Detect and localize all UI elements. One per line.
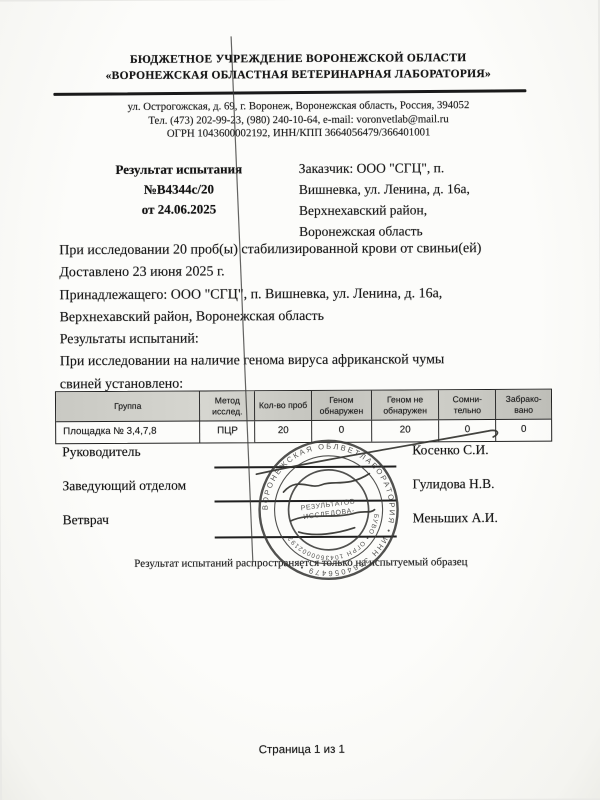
results-table-header-row: Группа Методисслед. Кол-во проб Геномобн… — [56, 390, 551, 423]
cell-method: ПЦР — [201, 421, 256, 442]
col-header-doubtful: Сомни-тельно — [439, 390, 496, 419]
result-number-block: Результат испытания №В4344с/20 от 24.06.… — [69, 159, 289, 220]
col-header-group: Группа — [56, 392, 201, 422]
paragraph-owner-line2: Верхнехавский район, Воронежская область — [60, 304, 570, 329]
result-title: Результат испытания — [69, 159, 289, 180]
col-header-rejected: Забрако-вано — [496, 390, 551, 419]
paragraph-owner-line1: Принадлежащего: ООО "СГЦ", п. Вишневка, … — [59, 282, 569, 307]
customer-block: Заказчик: ООО "СГЦ", п. Вишневка, ул. Ле… — [299, 157, 539, 242]
org-name-header: БЮДЖЕТНОЕ УЧРЕЖДЕНИЕ ВОРОНЕЖСКОЙ ОБЛАСТИ… — [38, 51, 558, 85]
result-date: от 24.06.2025 — [69, 199, 289, 220]
cell-rejected: 0 — [496, 420, 551, 441]
org-address-block: ул. Острогожская, д. 69, г. Воронеж, Вор… — [38, 99, 558, 142]
signature-line-veterinarian — [215, 535, 397, 538]
col-header-genome-not-detected: Геном необнаружен — [372, 390, 440, 419]
col-header-sample-count: Кол-во проб — [255, 391, 312, 420]
signature-line-director — [214, 465, 396, 468]
org-name-line2: «ВОРОНЕЖСКАЯ ОБЛАСТНАЯ ВЕТЕРИНАРНАЯ ЛАБО… — [38, 66, 558, 84]
page-number: Страница 1 из 1 — [152, 743, 452, 757]
paragraph-results-label: Результаты испытаний: — [60, 327, 570, 352]
header-divider-rule — [53, 89, 526, 96]
customer-line3: Верхнехавский район, — [299, 199, 539, 221]
paragraph-samples: При исследовании 20 проб(ы) стабилизиров… — [59, 238, 569, 263]
signature-role: Руководитель — [62, 444, 140, 459]
body-paragraphs: При исследовании 20 проб(ы) стабилизиров… — [59, 238, 570, 397]
results-table: Группа Методисслед. Кол-во проб Геномобн… — [55, 389, 552, 445]
scanned-document-page: БЮДЖЕТНОЕ УЧРЕЖДЕНИЕ ВОРОНЕЖСКОЙ ОБЛАСТИ… — [0, 0, 600, 800]
col-header-genome-detected: Геномобнаружен — [312, 391, 372, 420]
cell-genome-not-detected: 20 — [372, 420, 440, 441]
signature-name: Косенко С.И. — [412, 442, 488, 458]
org-registration-line: ОГРН 1043600002192, ИНН/КПП 3664056479/3… — [39, 126, 559, 142]
signature-stroke — [299, 528, 355, 535]
signature-line-department-head — [215, 499, 397, 502]
customer-line2: Вишневка, ул. Ленина, д. 16а, — [299, 178, 539, 200]
paragraph-test-line1: При исследовании на наличие генома вирус… — [60, 349, 570, 374]
signature-row-director: Руководитель Косенко С.И. — [62, 442, 540, 461]
signature-role: Ветврач — [63, 512, 109, 527]
signature-row-department-head: Заведующий отделом Гулидова Н.В. — [62, 476, 540, 495]
cell-genome-detected: 0 — [312, 421, 372, 442]
footer-disclaimer: Результат испытаний распространяется тол… — [41, 556, 561, 571]
col-header-method: Методисслед. — [200, 391, 255, 420]
signature-name: Меньших А.И. — [413, 510, 498, 526]
cell-sample-count: 20 — [255, 421, 312, 442]
results-table-data-row: Площадка № 3,4,7,8 ПЦР 20 0 20 0 0 — [56, 420, 551, 444]
customer-line1: Заказчик: ООО "СГЦ", п. — [299, 157, 539, 179]
paragraph-delivered: Доставлено 23 июня 2025 г. — [59, 260, 569, 285]
signature-role: Заведующий отделом — [62, 478, 186, 494]
cell-doubtful: 0 — [440, 420, 497, 441]
signature-name: Гулидова Н.В. — [412, 476, 494, 492]
cell-group: Площадка № 3,4,7,8 — [56, 422, 201, 444]
signature-row-veterinarian: Ветврач Меньших А.И. — [63, 510, 541, 529]
result-number: №В4344с/20 — [69, 179, 289, 200]
